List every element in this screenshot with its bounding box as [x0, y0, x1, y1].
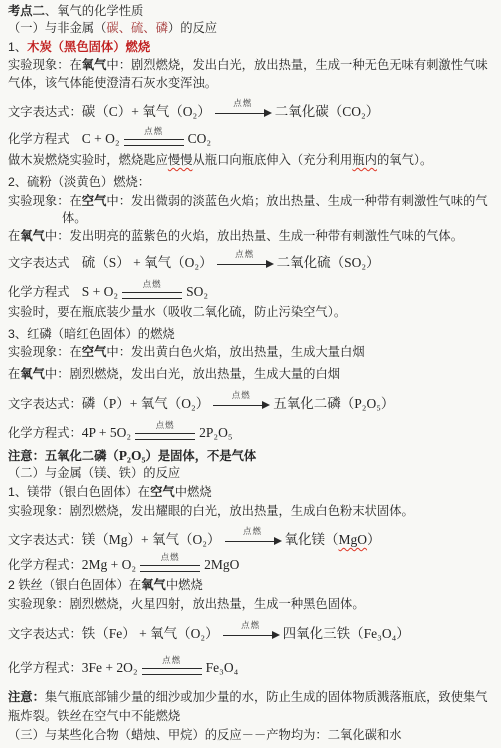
double-line-icon [142, 668, 202, 675]
warning-text-2: ）是固体，不是气体 [146, 449, 257, 463]
reaction-equals: 点燃 [122, 279, 182, 299]
line-sulfur-chemical-equation: 化学方程式 S + O₂点燃SO₂ [8, 280, 208, 300]
phenomenon-prefix: 实验现象：在 [8, 58, 82, 72]
phosphorus-heading-text: 3、红磷（暗红色固体）的燃烧 [8, 327, 175, 341]
phenomenon-prefix: 实验现象：在 [8, 194, 82, 208]
phenomenon-text: 实验现象：剧烈燃烧，火星四射，放出热量，生成一种黑色固体。 [8, 597, 365, 611]
equation-rhs: CO₂ [188, 131, 211, 147]
phenomenon-text: 实验现象：剧烈燃烧，发出耀眼的白光，放出热量，生成白色粉末状固体。 [8, 504, 414, 518]
line-topic-title: 考点二、氧气的化学性质 [8, 4, 143, 19]
magnesium-heading-suffix: 中燃烧 [175, 485, 212, 499]
line-section-2-heading: （二）与金属（镁、铁）的反应 [8, 466, 180, 481]
line-iron-phenomenon: 实验现象：剧烈燃烧，火星四射，放出热量，生成一种黑色固体。 [8, 597, 365, 612]
line-sulfur-phenomenon-oxygen: 在氧气中：发出明亮的蓝紫色的火焰，放出热量、生成一种带有刺激性气味的气体。 [8, 229, 463, 244]
equation-lhs: C + O₂ [82, 131, 120, 147]
carbon-number: 1、 [8, 40, 27, 54]
line-magnesium-phenomenon: 实验现象：剧烈燃烧，发出耀眼的白光，放出热量，生成白色粉末状固体。 [8, 504, 414, 519]
ignite-condition-label: 点燃 [232, 390, 251, 401]
spellcheck-word-1: 慢慢 [168, 153, 193, 167]
equation-rhs-suffix: ） [367, 532, 381, 548]
magnesium-heading-prefix: 1、镁带（银白色固体）在 [8, 485, 150, 499]
equation-rhs: 2P₂O₅ [199, 425, 232, 441]
double-line-icon [124, 139, 184, 146]
line-carbon-phenomenon-1: 实验现象：在氧气中：剧烈燃烧，发出白光，放出热量，生成一种无色无味有刺激性气味 [8, 58, 488, 73]
equation-lhs: 铁（Fe） + 氧气（O₂） [82, 626, 219, 642]
equation-rhs: 二氧化硫（SO₂） [277, 255, 380, 271]
double-line-icon [135, 433, 195, 440]
line-phosphorus-word-equation: 文字表达式：磷（P）+ 氧气（O₂）点燃五氧化二磷（P₂O₅） [8, 391, 394, 412]
reaction-arrow: 点燃 [225, 526, 281, 547]
right-arrow-icon [213, 401, 269, 411]
equation-lhs: 硫（S） + 氧气（O₂） [82, 255, 213, 271]
ignite-condition-label: 点燃 [161, 552, 180, 563]
double-line-icon [122, 292, 182, 299]
equation-label: 化学方程式： [8, 557, 82, 573]
line-carbon-heading: 1、木炭（黑色固体）燃烧 [8, 40, 150, 55]
note-text-3: 的氧气）。 [377, 153, 432, 167]
equation-rhs-formula-spellcheck: MgO [339, 532, 368, 548]
line-iron-chemical-equation: 化学方程式：3Fe + 2O₂点燃Fe₃O₄ [8, 656, 238, 676]
line-carbon-note: 做木炭燃烧实验时，燃烧匙应慢慢从瓶口向瓶底伸入（充分利用瓶内的氧气）。 [8, 153, 432, 168]
right-arrow-icon [223, 631, 279, 641]
equation-rhs-prefix: 氧化镁（ [285, 532, 339, 548]
warning-continuation: 瓶炸裂。铁丝在空气中不能燃烧 [8, 709, 180, 723]
equation-rhs: 二氧化碳（CO₂） [275, 104, 379, 120]
phenomenon-text: 中：剧烈燃烧，发出白光，放出热量，生成大量的白烟 [45, 367, 340, 381]
equation-lhs: 2Mg + O₂ [82, 557, 136, 573]
line-magnesium-heading: 1、镁带（银白色固体）在空气中燃烧 [8, 485, 212, 500]
ignite-condition-label: 点燃 [235, 249, 254, 260]
warning-text: 集气瓶底部铺少量的细沙或加少量的水，防止生成的固体物质溅落瓶底，致使集气 [45, 690, 488, 704]
phenomenon-text: 中：发出微弱的淡蓝色火焰；放出热量、生成一种带有刺激性气味的气 [106, 194, 487, 208]
phenomenon-prefix: 实验现象：在 [8, 345, 82, 359]
air-emphasis: 空气 [150, 485, 175, 499]
note-text-2: 从瓶口向瓶底伸入（充分利用 [192, 153, 352, 167]
right-arrow-icon [217, 260, 273, 270]
equation-rhs: 五氧化二磷（P₂O₅） [273, 396, 394, 412]
reaction-equals: 点燃 [140, 552, 200, 572]
equation-lhs: S + O₂ [82, 284, 118, 300]
equation-rhs: 四氧化三铁（Fe₃O₄） [283, 626, 410, 642]
air-emphasis: 空气 [82, 345, 107, 359]
section-2-text: （二）与金属（镁、铁）的反应 [8, 466, 180, 480]
equation-label: 文字表达式： [8, 626, 82, 642]
line-iron-warning-2: 瓶炸裂。铁丝在空气中不能燃烧 [8, 709, 180, 724]
equation-lhs: 磷（P）+ 氧气（O₂） [82, 396, 209, 412]
equation-label: 化学方程式： [8, 425, 82, 441]
equation-label: 文字表达式： [8, 396, 82, 412]
line-carbon-phenomenon-2: 气体，该气体能使澄清石灰水变浑浊。 [8, 76, 217, 91]
oxygen-emphasis: 氧气 [20, 367, 45, 381]
ignite-condition-label: 点燃 [143, 279, 162, 290]
equation-label: 文字表达式： [8, 104, 82, 120]
equation-lhs: 镁（Mg）+ 氧气（O₂） [82, 532, 221, 548]
oxygen-emphasis: 氧气 [141, 578, 166, 592]
line-sulfur-note: 实验时，要在瓶底装少量水（吸收二氧化硫，防止污染空气）。 [8, 305, 346, 320]
equation-label: 文字表达式 [8, 255, 82, 271]
line-iron-warning-1: 注意：集气瓶底部铺少量的细沙或加少量的水，防止生成的固体物质溅落瓶底，致使集气 [8, 690, 488, 705]
reaction-arrow: 点燃 [215, 98, 271, 119]
ignite-condition-label: 点燃 [156, 420, 175, 431]
line-section-1-heading: （一）与非金属（碳、硫、磷）的反应 [8, 21, 217, 36]
line-carbon-chemical-equation: 化学方程式 C + O₂点燃CO₂ [8, 127, 211, 147]
equation-lhs: 3Fe + 2O₂ [82, 660, 138, 676]
equation-label: 化学方程式 [8, 131, 82, 147]
equation-lhs: 碳（C）+ 氧气（O₂） [82, 104, 211, 120]
reaction-arrow: 点燃 [223, 620, 279, 641]
reaction-equals: 点燃 [142, 655, 202, 675]
right-arrow-icon [225, 537, 281, 547]
oxygen-emphasis: 氧气 [20, 229, 45, 243]
carbon-heading-text: 木炭（黑色固体）燃烧 [27, 40, 150, 54]
equation-rhs: Fe₃O₄ [206, 660, 239, 676]
section-1-suffix: ）的反应 [168, 21, 217, 35]
section-1-elements: 碳、硫、磷 [106, 21, 168, 35]
topic-label: 考点二 [8, 4, 45, 18]
iron-heading-prefix: 2 铁丝（银白色固体）在 [8, 578, 141, 592]
right-arrow-icon [215, 109, 271, 119]
note-text-1: 做木炭燃烧实验时，燃烧匙应 [8, 153, 168, 167]
warning-label: 注意： [8, 690, 45, 704]
topic-title-text: 、氧气的化学性质 [45, 4, 143, 18]
warning-formula: P₂O₅ [119, 448, 146, 463]
equation-rhs: 2MgO [204, 557, 239, 573]
ignite-condition-label: 点燃 [241, 620, 260, 631]
line-sulfur-word-equation: 文字表达式 硫（S） + 氧气（O₂）点燃二氧化硫（SO₂） [8, 250, 380, 271]
line-magnesium-chemical-equation: 化学方程式：2Mg + O₂点燃2MgO [8, 553, 239, 573]
line-magnesium-word-equation: 文字表达式：镁（Mg）+ 氧气（O₂）点燃氧化镁（MgO） [8, 527, 381, 548]
line-phosphorus-chemical-equation: 化学方程式：4P + 5O₂点燃2P₂O₅ [8, 421, 233, 441]
line-carbon-word-equation: 文字表达式：碳（C）+ 氧气（O₂）点燃二氧化碳（CO₂） [8, 99, 379, 120]
phenomenon-continuation: 气体，该气体能使澄清石灰水变浑浊。 [8, 76, 217, 90]
equation-rhs: SO₂ [186, 284, 208, 300]
phenomenon-prefix: 在 [8, 229, 20, 243]
line-section-3-heading: （三）与某些化合物（蜡烛、甲烷）的反应－－产物均为：二氧化碳和水 [8, 728, 402, 743]
reaction-equals: 点燃 [124, 126, 184, 146]
warning-text-1: 注意：五氧化二磷（ [8, 449, 119, 463]
ignite-condition-label: 点燃 [233, 98, 252, 109]
phenomenon-prefix: 在 [8, 367, 20, 381]
spellcheck-word-2: 瓶内 [352, 153, 377, 167]
ignite-condition-label: 点燃 [144, 126, 163, 137]
reaction-arrow: 点燃 [213, 390, 269, 411]
line-phosphorus-heading: 3、红磷（暗红色固体）的燃烧 [8, 327, 175, 342]
section-1-prefix: （一）与非金属（ [8, 21, 106, 35]
document-page: 考点二、氧气的化学性质 （一）与非金属（碳、硫、磷）的反应 1、木炭（黑色固体）… [0, 0, 501, 748]
line-sulfur-phenomenon-air-1: 实验现象：在空气中：发出微弱的淡蓝色火焰；放出热量、生成一种带有刺激性气味的气 [8, 194, 488, 209]
phenomenon-continuation: 体。 [62, 211, 87, 225]
line-phosphorus-warning: 注意：五氧化二磷（P₂O₅）是固体，不是气体 [8, 448, 256, 464]
ignite-condition-label: 点燃 [243, 526, 262, 537]
ignite-condition-label: 点燃 [162, 655, 181, 666]
equation-lhs: 4P + 5O₂ [82, 425, 131, 441]
phenomenon-text: 中：发出明亮的蓝紫色的火焰，放出热量、生成一种带有刺激性气味的气体。 [45, 229, 463, 243]
equation-label: 化学方程式 [8, 284, 82, 300]
double-line-icon [140, 565, 200, 572]
line-iron-word-equation: 文字表达式：铁（Fe） + 氧气（O₂）点燃四氧化三铁（Fe₃O₄） [8, 621, 410, 642]
reaction-arrow: 点燃 [217, 249, 273, 270]
iron-heading-suffix: 中燃烧 [166, 578, 203, 592]
equation-label: 文字表达式： [8, 532, 82, 548]
air-emphasis: 空气 [82, 194, 107, 208]
equation-label: 化学方程式： [8, 660, 82, 676]
line-phosphorus-phenomenon-air: 实验现象：在空气中：发出黄白色火焰，放出热量，生成大量白烟 [8, 345, 365, 360]
phenomenon-text: 中：剧烈燃烧，发出白光，放出热量，生成一种无色无味有刺激性气味 [106, 58, 487, 72]
line-sulfur-phenomenon-air-2: 体。 [62, 211, 87, 226]
phenomenon-text: 中：发出黄白色火焰，放出热量，生成大量白烟 [106, 345, 364, 359]
line-iron-heading: 2 铁丝（银白色固体）在氧气中燃烧 [8, 578, 203, 593]
line-sulfur-heading: 2、硫粉（淡黄色）燃烧： [8, 175, 150, 190]
reaction-equals: 点燃 [135, 420, 195, 440]
line-phosphorus-phenomenon-oxygen: 在氧气中：剧烈燃烧，发出白光，放出热量，生成大量的白烟 [8, 367, 340, 382]
note-text: 实验时，要在瓶底装少量水（吸收二氧化硫，防止污染空气）。 [8, 305, 346, 319]
sulfur-heading-text: 2、硫粉（淡黄色）燃烧： [8, 175, 150, 189]
oxygen-emphasis: 氧气 [82, 58, 107, 72]
section-3-text: （三）与某些化合物（蜡烛、甲烷）的反应－－产物均为：二氧化碳和水 [8, 728, 402, 742]
